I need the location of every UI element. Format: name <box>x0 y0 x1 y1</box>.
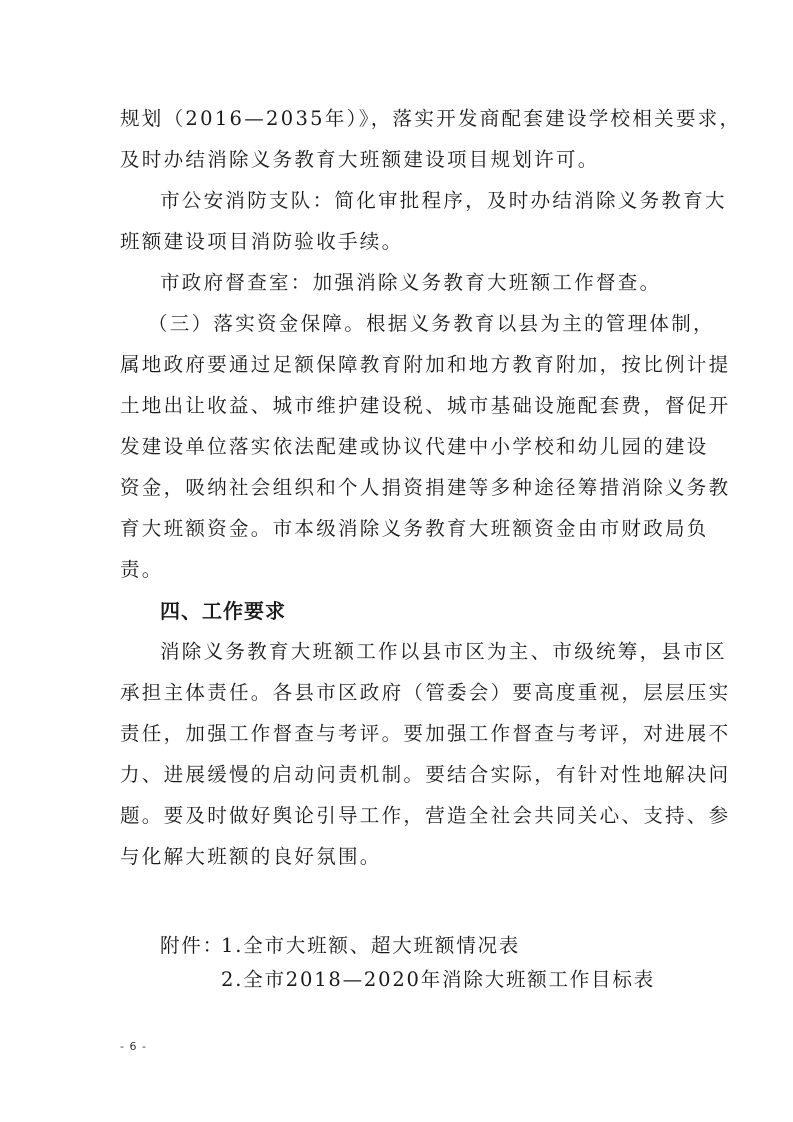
paragraph-line: 责任，加强工作督查与考评。要加强工作督查与考评，对进展不 <box>120 721 685 747</box>
paragraph-line: 属地政府要通过足额保障教育附加和地方教育附加，按比例计提 <box>120 352 685 378</box>
paragraph-line: 市政府督查室：加强消除义务教育大班额工作督查。 <box>160 270 685 296</box>
paragraph-line: 责。 <box>120 557 685 583</box>
paragraph-line: 消除义务教育大班额工作以县市区为主、市级统筹，县市区 <box>160 639 685 665</box>
attachment-item: 1.全市大班额、超大班额情况表 <box>221 933 520 959</box>
section-heading: 四、工作要求 <box>160 598 286 624</box>
paragraph-line: 资金，吸纳社会组织和个人捐资捐建等多种途径筹措消除义务教 <box>120 475 685 501</box>
attachment-item: 2.全市2018—2020年消除大班额工作目标表 <box>221 967 655 993</box>
paragraph-line: 规划（2016—2035年）》，落实开发商配套建设学校相关要求， <box>120 106 685 132</box>
paragraph-line: 土地出让收益、城市维护建设税、城市基础设施配套费，督促开 <box>120 393 685 419</box>
paragraph-line: 承担主体责任。各县市区政府（管委会）要高度重视，层层压实 <box>120 680 685 706</box>
paragraph-line: 发建设单位落实依法配建或协议代建中小学校和幼儿园的建设 <box>120 434 685 460</box>
paragraph-line: 力、进展缓慢的启动问责机制。要结合实际，有针对性地解决问 <box>120 762 685 788</box>
page-number: - 6 - <box>120 1040 147 1053</box>
paragraph-line: 题。要及时做好舆论引导工作，营造全社会共同关心、支持、参 <box>120 803 685 829</box>
document-page: 规划（2016—2035年）》，落实开发商配套建设学校相关要求， 及时办结消除义… <box>0 0 793 1122</box>
paragraph-line: 班额建设项目消防验收手续。 <box>120 229 685 255</box>
paragraph-line: 及时办结消除义务教育大班额建设项目规划许可。 <box>120 147 685 173</box>
paragraph-line: 与化解大班额的良好氛围。 <box>120 844 685 870</box>
paragraph-line: 育大班额资金。市本级消除义务教育大班额资金由市财政局负 <box>120 516 685 542</box>
subsection-line: （三）落实资金保障。根据义务教育以县为主的管理体制， <box>148 311 685 337</box>
attachments-label: 附件： <box>160 933 224 959</box>
paragraph-line: 市公安消防支队：简化审批程序，及时办结消除义务教育大 <box>160 188 685 214</box>
